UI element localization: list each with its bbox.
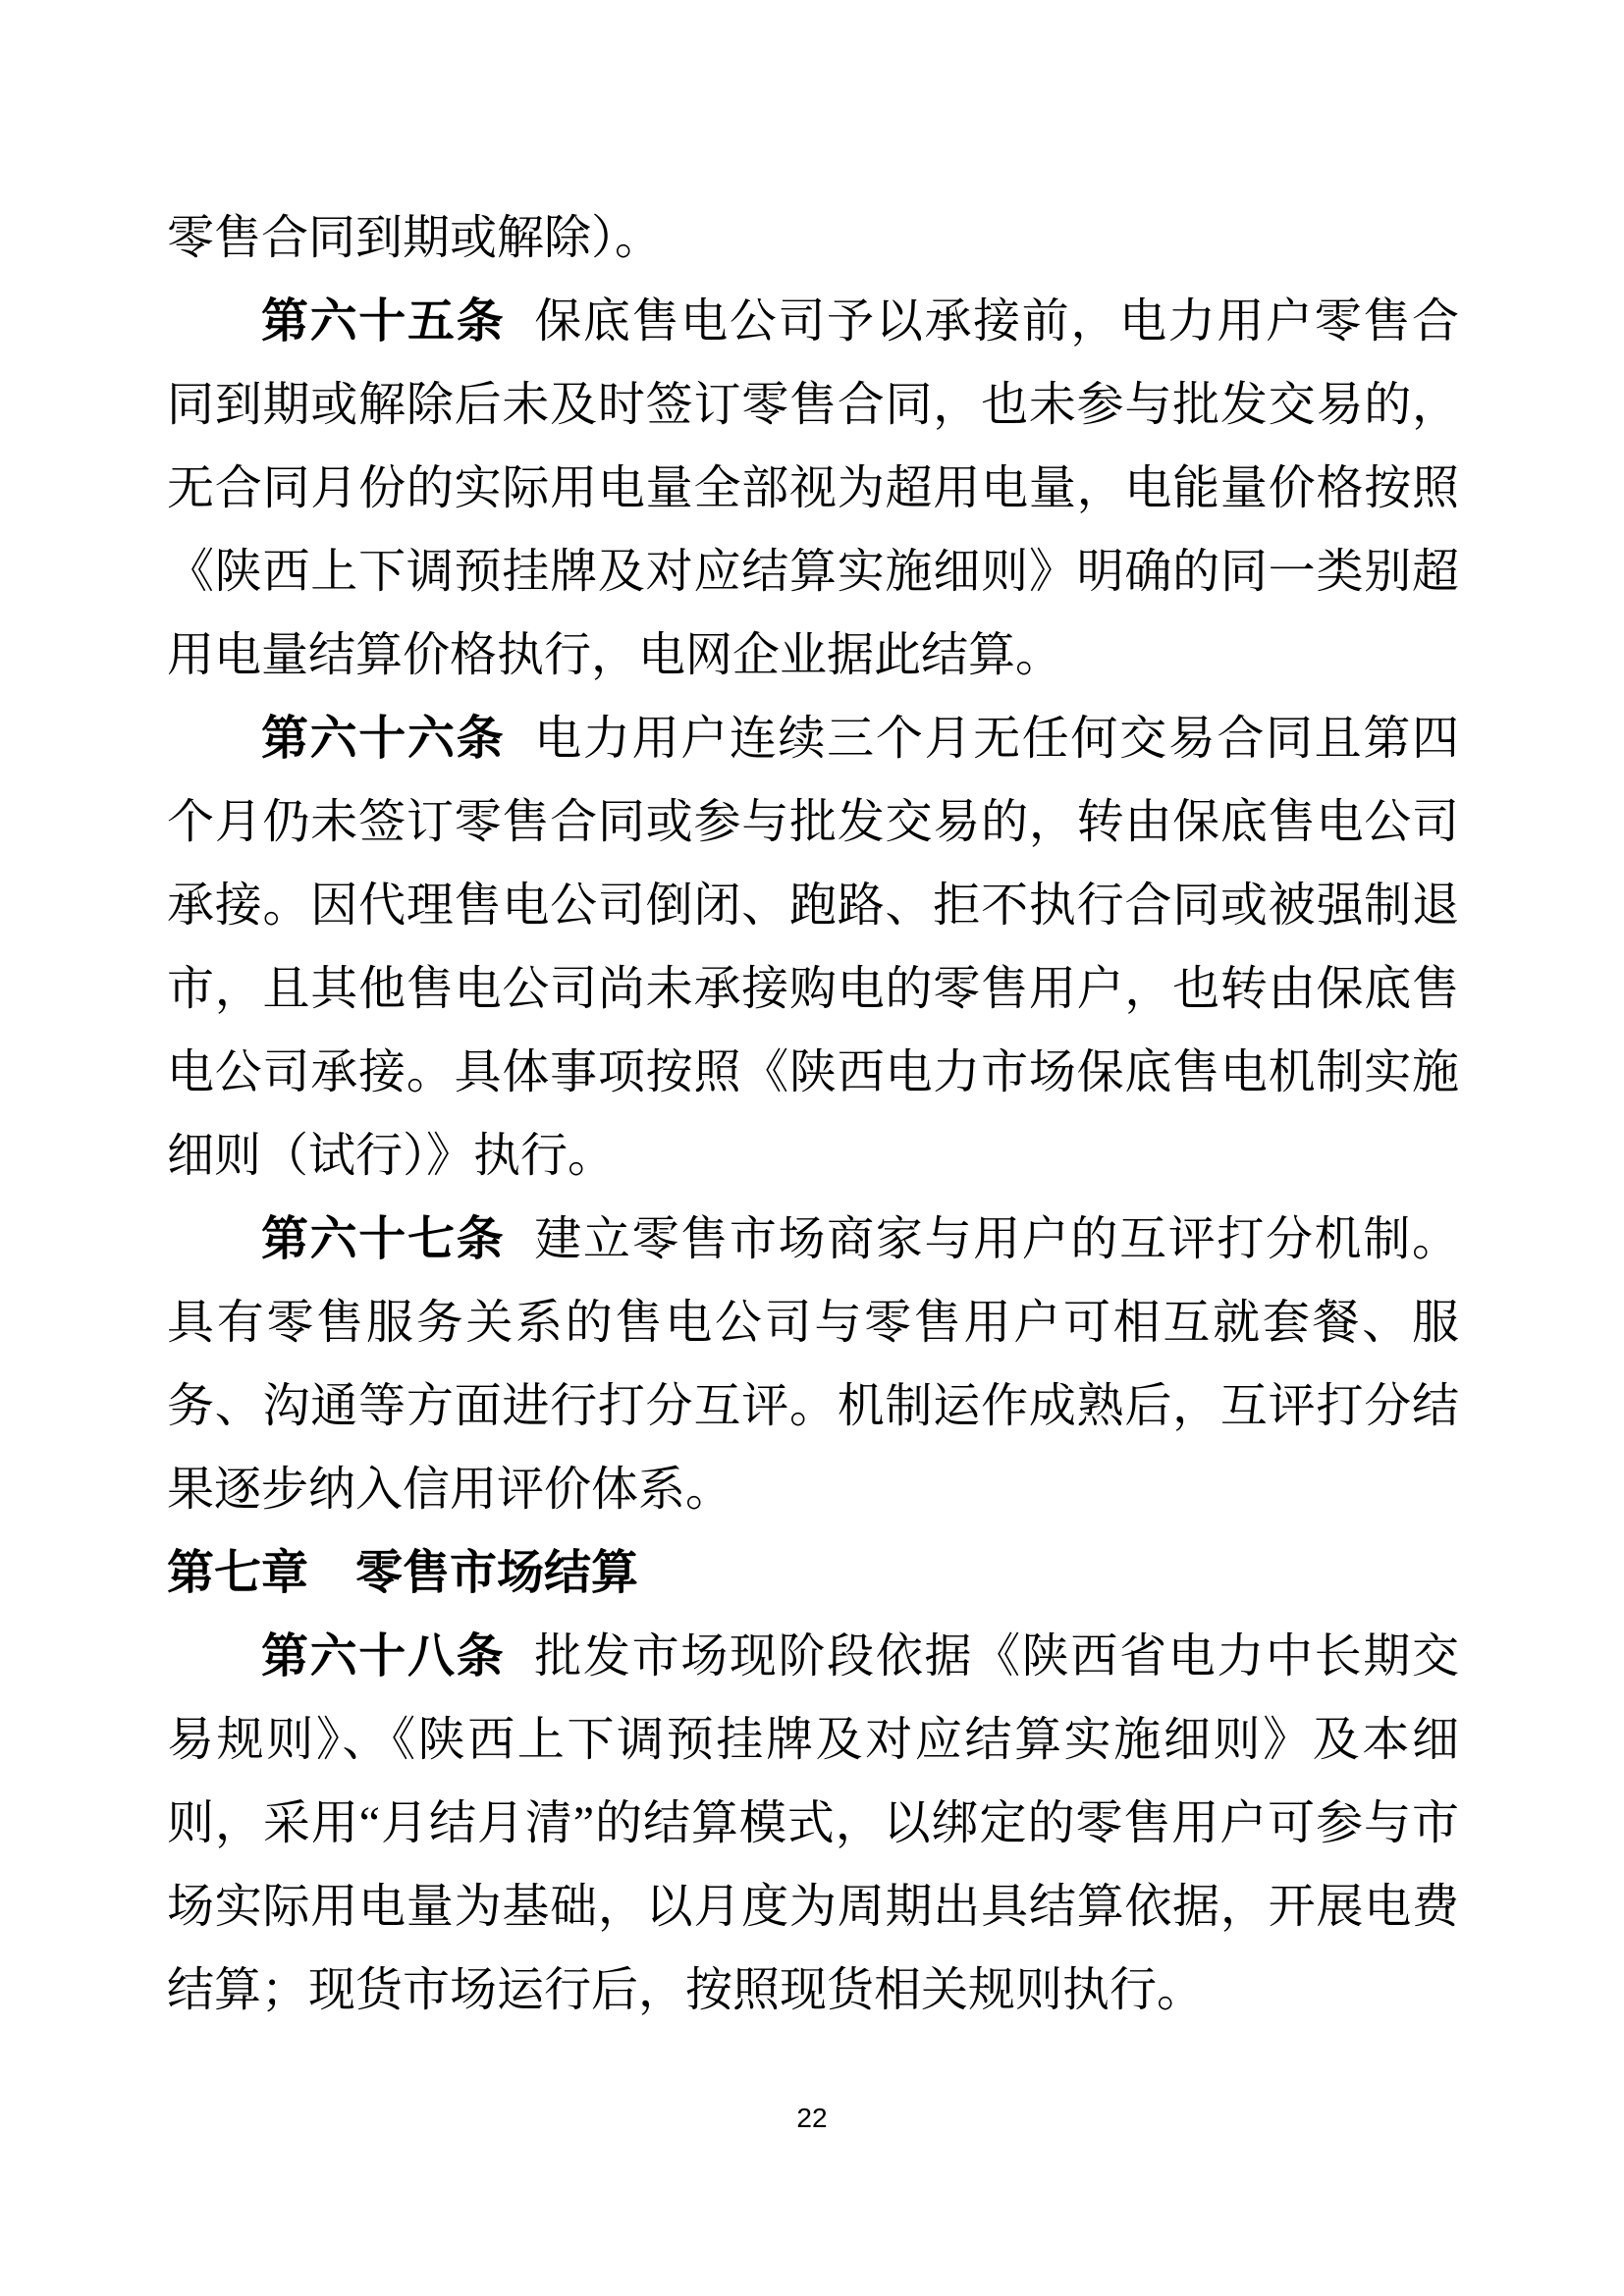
article-66-paragraph: 第六十六条电力用户连续三个月无任何交易合同且第四个月仍未签订零售合同或参与批发交… bbox=[167, 697, 1459, 1198]
article-68-number: 第六十八条 bbox=[261, 1630, 505, 1682]
article-66-text: 电力用户连续三个月无任何交易合同且第四个月仍未签订零售合同或参与批发交易的，转由… bbox=[167, 713, 1459, 1182]
document-body: 零售合同到期或解除）。 第六十五条保底售电公司予以承接前，电力用户零售合同到期或… bbox=[167, 196, 1459, 2032]
article-66-number: 第六十六条 bbox=[261, 713, 505, 765]
article-67-number: 第六十七条 bbox=[261, 1213, 505, 1265]
article-65-paragraph: 第六十五条保底售电公司予以承接前，电力用户零售合同到期或解除后未及时签订零售合同… bbox=[167, 280, 1459, 697]
article-68-paragraph: 第六十八条批发市场现阶段依据《陕西省电力中长期交易规则》、《陕西上下调预挂牌及对… bbox=[167, 1615, 1459, 2032]
paragraph-continuation-text: 零售合同到期或解除）。 bbox=[167, 212, 662, 264]
page-number: 22 bbox=[0, 2103, 1624, 2134]
document-page: 零售合同到期或解除）。 第六十五条保底售电公司予以承接前，电力用户零售合同到期或… bbox=[0, 0, 1624, 2296]
article-65-number: 第六十五条 bbox=[261, 295, 505, 347]
article-65-text: 保底售电公司予以承接前，电力用户零售合同到期或解除后未及时签订零售合同，也未参与… bbox=[167, 295, 1459, 681]
paragraph-continuation: 零售合同到期或解除）。 bbox=[167, 196, 1459, 280]
article-67-paragraph: 第六十七条建立零售市场商家与用户的互评打分机制。具有零售服务关系的售电公司与零售… bbox=[167, 1198, 1459, 1531]
chapter-heading: 第七章 零售市场结算 bbox=[167, 1531, 1459, 1615]
article-68-text: 批发市场现阶段依据《陕西省电力中长期交易规则》、《陕西上下调预挂牌及对应结算实施… bbox=[167, 1630, 1459, 2016]
